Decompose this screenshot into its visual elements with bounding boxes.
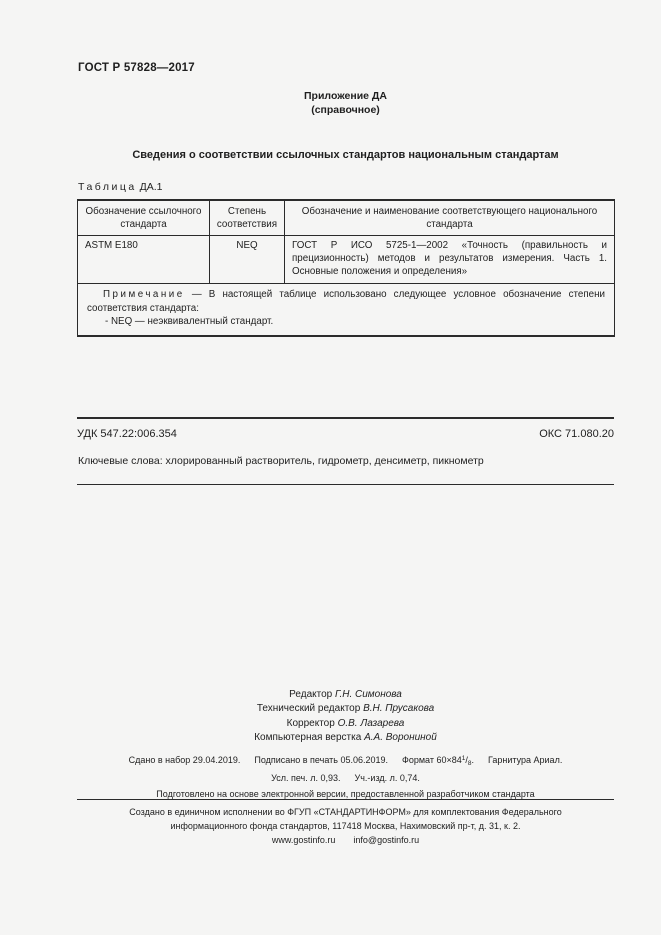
- credit-name: А.А. Ворониной: [364, 732, 437, 743]
- publisher-links: www.gostinfo.ruinfo@gostinfo.ru: [77, 834, 614, 848]
- imprint-line-1: Сдано в набор 29.04.2019.Подписано в печ…: [77, 752, 614, 771]
- credit-line-technical-editor: Технический редактор В.Н. Прусакова: [77, 702, 614, 716]
- table-header-national: Обозначение и наименование соответствующ…: [285, 200, 615, 236]
- table-header-reference: Обозначение ссылочного стандарта: [78, 200, 210, 236]
- imprint-print-date: Подписано в печать 05.06.2019.: [254, 755, 388, 765]
- publisher-footer: Создано в единичном исполнении во ФГУП «…: [77, 806, 614, 847]
- note-paragraph: Примечание — В настоящей таблице использ…: [87, 288, 605, 314]
- credit-name: В.Н. Прусакова: [363, 703, 434, 714]
- table-caption: Таблица ДА.1: [78, 181, 162, 193]
- doc-number: ГОСТ Р 57828—2017: [78, 62, 195, 74]
- reference-standards-table: Обозначение ссылочного стандарта Степень…: [77, 199, 615, 337]
- note-label: Примечание: [103, 289, 185, 300]
- table-caption-label: Таблица: [78, 181, 137, 193]
- credit-role: Технический редактор: [257, 703, 360, 714]
- imprint-format: Формат 60×841/8.: [402, 755, 474, 765]
- credit-line-editor: Редактор Г.Н. Симонова: [77, 688, 614, 702]
- credit-role: Редактор: [289, 689, 332, 700]
- table-header-degree: Степень соответствия: [210, 200, 285, 236]
- table-note-row: Примечание — В настоящей таблице использ…: [78, 284, 615, 336]
- cell-degree: NEQ: [210, 236, 285, 284]
- imprint-set-date: Сдано в набор 29.04.2019.: [129, 755, 241, 765]
- document-page: ГОСТ Р 57828—2017 Приложение ДА (справоч…: [0, 0, 661, 935]
- separator-rule-footer: [77, 799, 614, 800]
- credit-line-proofreader: Корректор О.В. Лазарева: [77, 717, 614, 731]
- keywords-line: Ключевые слова: хлорированный растворите…: [78, 455, 484, 467]
- credit-role: Корректор: [287, 718, 335, 729]
- credit-name: О.В. Лазарева: [338, 718, 405, 729]
- imprint-typeface: Гарнитура Ариал.: [488, 755, 562, 765]
- imprint-line-2: Усл. печ. л. 0,93.Уч.-изд. л. 0,74.: [77, 771, 614, 785]
- credit-name: Г.Н. Симонова: [335, 689, 402, 700]
- table-header-row: Обозначение ссылочного стандарта Степень…: [78, 200, 615, 236]
- table-caption-number: ДА.1: [140, 181, 163, 193]
- appendix-subtitle: (справочное): [77, 103, 614, 117]
- publisher-line-2: информационного фонда стандартов, 117418…: [77, 820, 614, 834]
- credit-role: Компьютерная верстка: [254, 732, 361, 743]
- page-title: Сведения о соответствии ссылочных станда…: [77, 149, 614, 161]
- udk-code: УДК 547.22:006.354: [77, 428, 177, 440]
- note-item: - NEQ — неэквивалентный стандарт.: [105, 315, 605, 328]
- classification-codes: УДК 547.22:006.354 ОКС 71.080.20: [77, 428, 614, 440]
- credits-block: Редактор Г.Н. Симонова Технический редак…: [77, 688, 614, 746]
- website-link: www.gostinfo.ru: [272, 835, 336, 845]
- appendix-title: Приложение ДА: [77, 89, 614, 103]
- publisher-line-1: Создано в единичном исполнении во ФГУП «…: [77, 806, 614, 820]
- imprint-cond-sheets: Усл. печ. л. 0,93.: [271, 773, 340, 783]
- credit-line-layout: Компьютерная верстка А.А. Ворониной: [77, 731, 614, 745]
- cell-reference-standard: ASTM E180: [78, 236, 210, 284]
- separator-rule-keywords: [77, 484, 614, 485]
- imprint-pub-sheets: Уч.-изд. л. 0,74.: [355, 773, 420, 783]
- imprint-block: Сдано в набор 29.04.2019.Подписано в печ…: [77, 752, 614, 801]
- separator-rule-top: [77, 417, 614, 419]
- table-note: Примечание — В настоящей таблице использ…: [78, 284, 615, 336]
- table-row: ASTM E180 NEQ ГОСТ Р ИСО 5725-1—2002 «То…: [78, 236, 615, 284]
- oks-code: ОКС 71.080.20: [539, 428, 614, 440]
- cell-national-standard: ГОСТ Р ИСО 5725-1—2002 «Точность (правил…: [285, 236, 615, 284]
- appendix-heading: Приложение ДА (справочное): [77, 89, 614, 117]
- email-link: info@gostinfo.ru: [353, 835, 419, 845]
